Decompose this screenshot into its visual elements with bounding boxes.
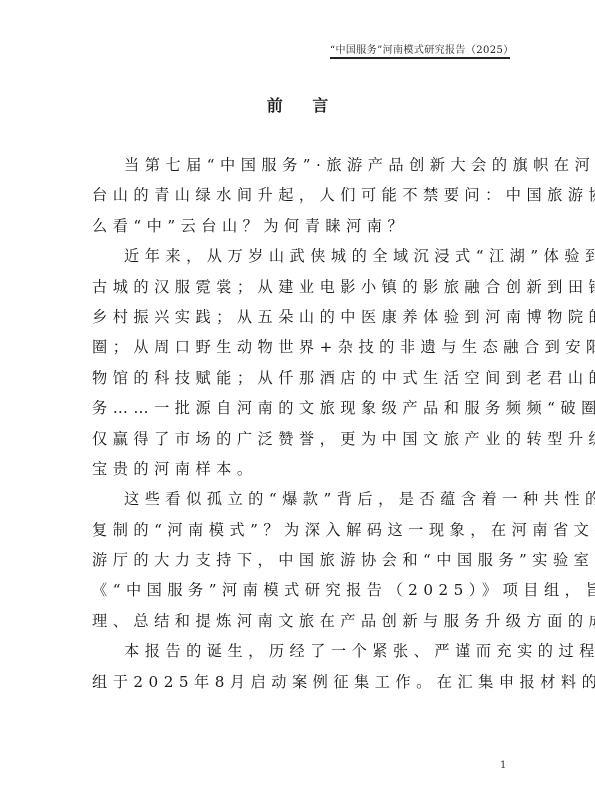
text-line: 务……一批源自河南的文旅现象级产品和服务频频“破圈”，不 [92, 393, 512, 423]
text-line: 复制的“河南模式”？为深入解码这一现象，在河南省文化和旅 [92, 515, 512, 545]
text-line: 《“中国服务”河南模式研究报告（2025）》项目组，旨在系统梳 [92, 575, 512, 605]
text-line: 么看“中”云台山？为何青睐河南？ [92, 211, 512, 241]
text-line: 宝贵的河南样本。 [92, 454, 512, 484]
text-line: 近年来，从万岁山武侠城的全域沉浸式“江湖”体验到洛邑 [92, 241, 512, 271]
text-line: 当第七届“中国服务”·旅游产品创新大会的旗帜在河南云 [92, 150, 512, 180]
text-line: 理、总结和提炼河南文旅在产品创新与服务升级方面的成功经验。 [92, 606, 512, 636]
header-rule [330, 57, 510, 59]
text-line: 仅赢得了市场的广泛赞誉，更为中国文旅产业的转型升级提供了 [92, 424, 512, 454]
page-number: 1 [500, 760, 506, 771]
page-title: 前 言 [0, 93, 595, 116]
text-line: 本报告的诞生，历经了一个紧张、严谨而充实的过程。项目 [92, 636, 512, 666]
text-line: 台山的青山绿水间升起，人们可能不禁要问：中国旅游协会为什 [92, 180, 512, 210]
text-line: 古城的汉服霓裳；从建业电影小镇的影旅融合创新到田铺大塆的 [92, 272, 512, 302]
text-line: 这些看似孤立的“爆款”背后，是否蕴含着一种共性的、可 [92, 484, 512, 514]
running-header-title: “中国服务”河南模式研究报告（2025） [330, 41, 510, 56]
text-line: 物馆的科技赋能；从仟那酒店的中式生活空间到老君山的暖心服 [92, 363, 512, 393]
text-line: 圈；从周口野生动物世界+杂技的非遗与生态融合到安阳殷墟博 [92, 332, 512, 362]
text-line: 游厅的大力支持下，中国旅游协会和“中国服务”实验室组建了 [92, 545, 512, 575]
text-line: 乡村振兴实践；从五朵山的中医康养体验到河南博物院的文创破 [92, 302, 512, 332]
body-text: 当第七届“中国服务”·旅游产品创新大会的旗帜在河南云 台山的青山绿水间升起，人们… [92, 150, 512, 697]
text-line: 组于2025年8月启动案例征集工作。在汇集申报材料的基础上， [92, 667, 512, 697]
